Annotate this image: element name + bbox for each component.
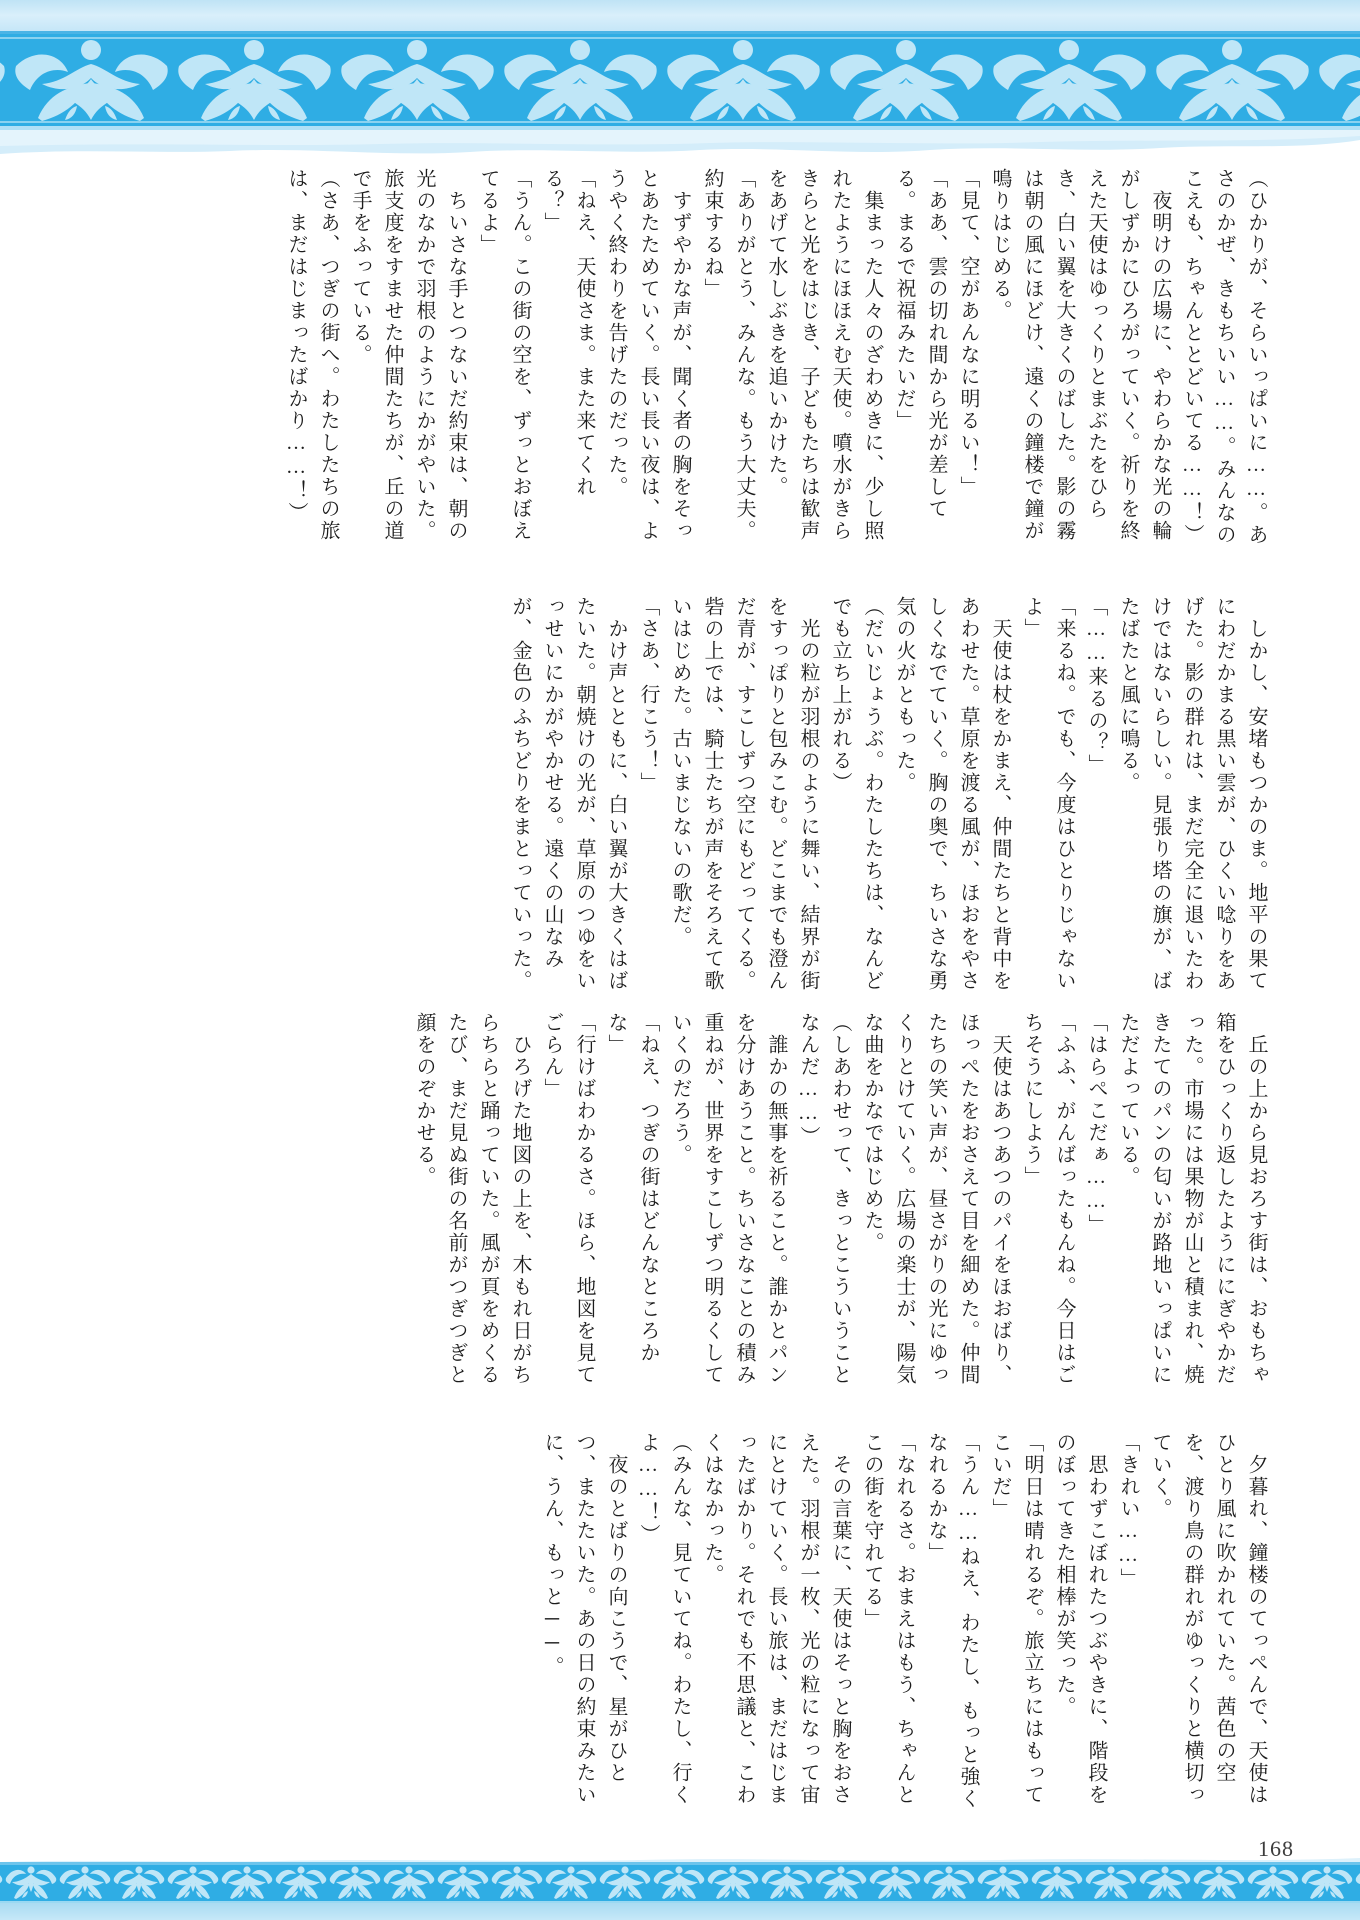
text-band-2: しかし、安堵もつかのま。地平の果てにわだかまる黒い雲が、ひくい唸りをあげた。影の… bbox=[32, 596, 1272, 992]
ornamental-border-bottom bbox=[0, 1854, 1360, 1920]
text-band-1: （ひかりが、そらいっぱいに……。あさのかぜ、きもちいい……。みんなのこえも、ちゃ… bbox=[32, 168, 1272, 560]
text-band-4: 夕暮れ、鐘楼のてっぺんで、天使はひとり風に吹かれていた。茜色の空を、渡り鳥の群れ… bbox=[32, 1432, 1272, 1812]
ornamental-border-top bbox=[0, 0, 1360, 166]
book-page: （ひかりが、そらいっぱいに……。あさのかぜ、きもちいい……。みんなのこえも、ちゃ… bbox=[0, 0, 1360, 1920]
text-band-3: 丘の上から見おろす街は、おもちゃ箱をひっくり返したようににぎやかだった。市場には… bbox=[32, 1012, 1272, 1404]
